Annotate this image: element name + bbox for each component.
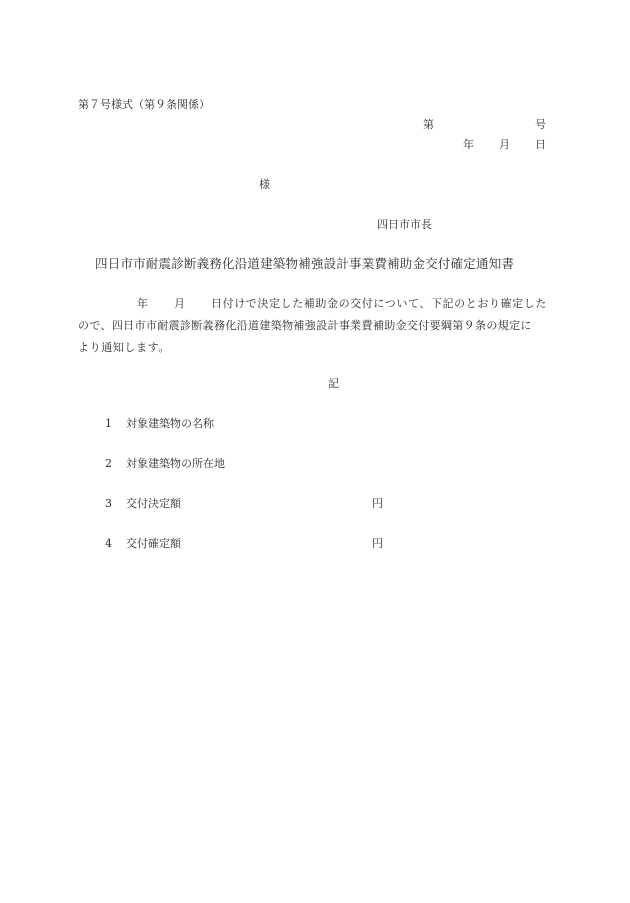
date-month: 月 — [499, 139, 510, 150]
date-year: 年 — [463, 139, 474, 150]
item-3-label: 交付決定額 — [126, 498, 181, 509]
doc-number-suffix: 号 — [535, 119, 546, 130]
date-day: 日 — [535, 139, 546, 150]
item-2-label: 対象建築物の所在地 — [126, 458, 225, 469]
item-1-number: 1 — [105, 418, 112, 429]
ki-heading: 記 — [328, 378, 339, 389]
document-title: 四日市市耐震診断義務化沿道建築物補強設計事業費補助金交付確定通知書 — [95, 258, 514, 271]
form-label: 第７号様式（第９条関係） — [78, 99, 210, 110]
body-line1: 日付けで決定した補助金の交付について、下記のとおり確定した — [211, 298, 547, 309]
item-4-number: 4 — [105, 538, 112, 549]
addressee-suffix: 様 — [259, 179, 270, 190]
body-month: 月 — [174, 298, 186, 309]
issuer: 四日市市長 — [377, 219, 432, 230]
item-4-unit: 円 — [372, 538, 383, 549]
doc-number-prefix: 第 — [423, 119, 434, 130]
body-line3: より通知します。 — [78, 342, 170, 353]
body-line2: ので、四日市市耐震診断義務化沿道建築物補強設計事業費補助金交付要綱第９条の規定に — [78, 320, 532, 331]
item-3-number: 3 — [105, 498, 112, 509]
item-4-label: 交付確定額 — [126, 538, 181, 549]
item-3-unit: 円 — [372, 498, 383, 509]
item-2-number: 2 — [105, 458, 112, 469]
item-1-label: 対象建築物の名称 — [126, 418, 214, 429]
body-year: 年 — [137, 298, 149, 309]
